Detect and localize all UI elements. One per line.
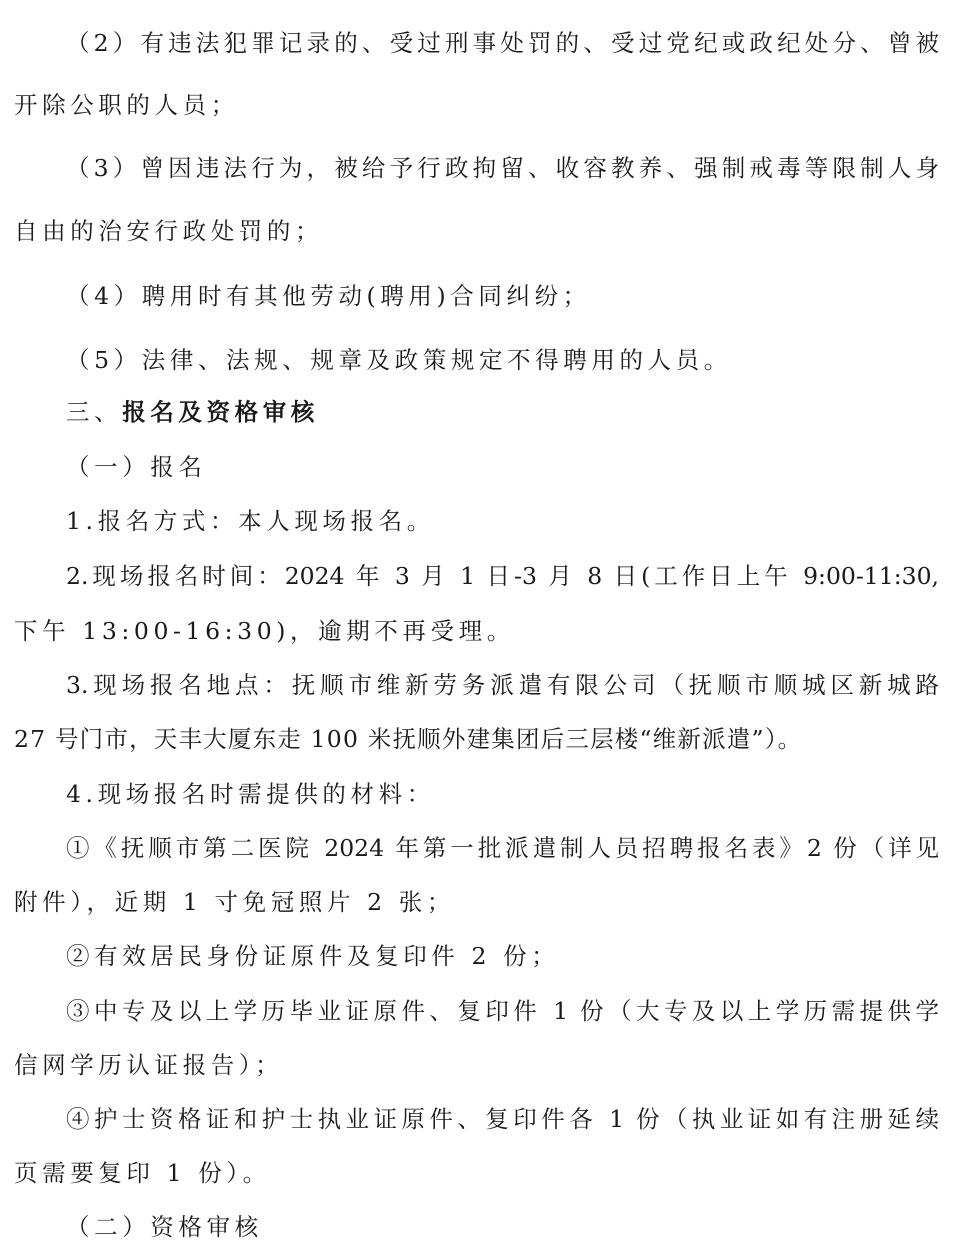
paragraph-line: （3）曾因违法行为，被给予行政拘留、收容教养、强制戒毒等限制人身	[66, 153, 939, 183]
paragraph-line: 3.现场报名地点：抚顺市维新劳务派遣有限公司（抚顺市顺城区新城路	[66, 670, 939, 700]
section-title: 报名及资格审核	[122, 398, 319, 426]
paragraph-line: ②有效居民身份证原件及复印件 2 份；	[66, 941, 939, 971]
document-page: （2）有违法犯罪记录的、受过刑事处罚的、受过党纪或政纪处分、曾被 开除公职的人员…	[0, 0, 955, 1254]
paragraph-line: 2.现场报名时间：2024 年 3 月 1 日-3 月 8 日(工作日上午 9:…	[66, 561, 939, 591]
paragraph-line: 1.报名方式：本人现场报名。	[66, 506, 939, 536]
paragraph-line: （5）法律、法规、规章及政策规定不得聘用的人员。	[66, 345, 939, 375]
subsection-heading: （二）资格审核	[66, 1212, 939, 1242]
paragraph-line: ①《抚顺市第二医院 2024 年第一批派遣制人员招聘报名表》2 份（详见	[66, 833, 939, 863]
section-heading: 三、报名及资格审核	[66, 397, 939, 427]
paragraph-line: 开除公职的人员；	[14, 90, 939, 120]
section-number: 三、	[66, 398, 122, 426]
paragraph-line: （2）有违法犯罪记录的、受过刑事处罚的、受过党纪或政纪处分、曾被	[66, 28, 939, 58]
paragraph-line: 自由的治安行政处罚的；	[14, 216, 939, 246]
paragraph-line: 下午 13:00-16:30)，逾期不再受理。	[14, 616, 939, 646]
paragraph-line: 4.现场报名时需提供的材料：	[66, 779, 939, 809]
subsection-heading: （一）报名	[66, 452, 939, 482]
paragraph-line: 页需要复印 1 份）。	[14, 1158, 939, 1188]
paragraph-line: ④护士资格证和护士执业证原件、复印件各 1 份（执业证如有注册延续	[66, 1104, 939, 1134]
paragraph-line: 信网学历认证报告）；	[14, 1050, 939, 1080]
paragraph-line: 27 号门市，天丰大厦东走 100 米抚顺外建集团后三层楼“维新派遣”）。	[14, 724, 939, 754]
paragraph-line: （4）聘用时有其他劳动(聘用)合同纠纷；	[66, 281, 939, 311]
paragraph-line: ③中专及以上学历毕业证原件、复印件 1 份（大专及以上学历需提供学	[66, 996, 939, 1026]
paragraph-line: 附件），近期 1 寸免冠照片 2 张；	[14, 887, 939, 917]
